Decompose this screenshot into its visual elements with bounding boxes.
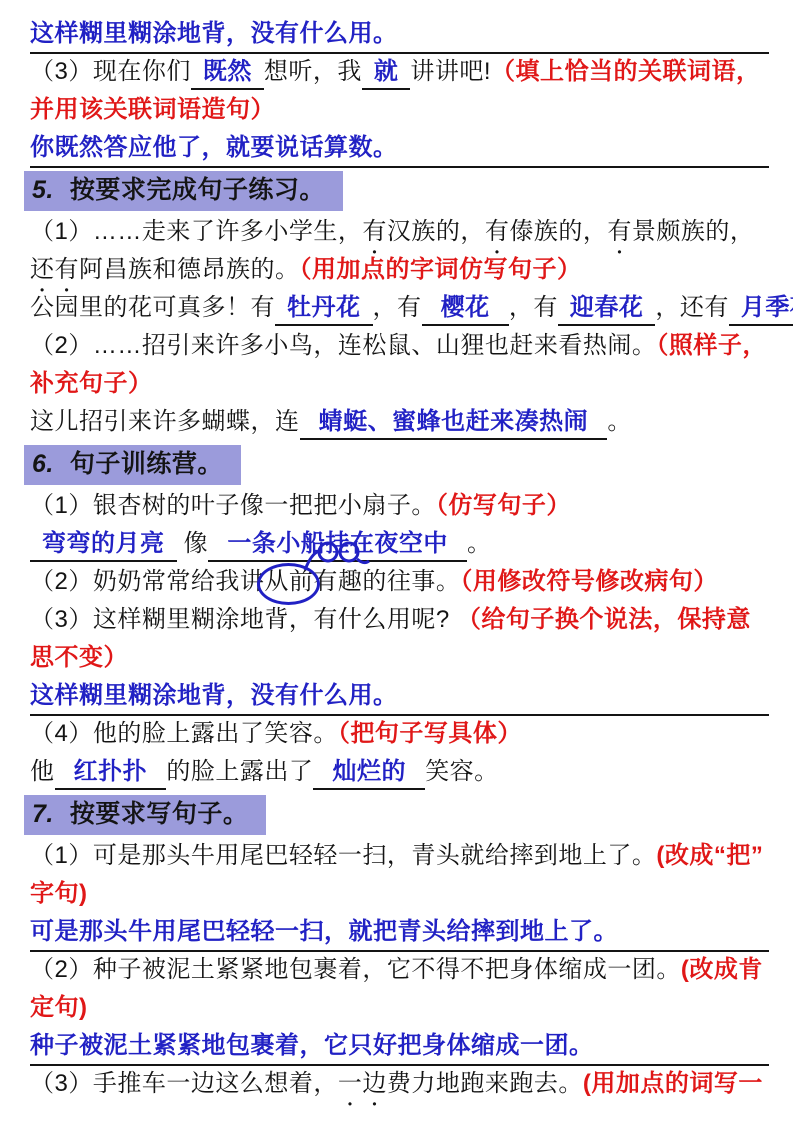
text-line: （2）奶奶常常给我讲从前有趣的往事。（用修改符号修改病句）	[30, 564, 769, 602]
text-line: 弯弯的月亮 像 一条小船挂在夜空中 。	[30, 526, 769, 564]
answer-blank: 弯弯的月亮	[30, 526, 177, 562]
text-line: 补充句子）	[30, 366, 769, 404]
answer-line: 种子被泥土紧紧地包裹着，它只好把身体缩成一团。	[30, 1028, 769, 1066]
answer-line: 这样糊里糊涂地背，没有什么用。	[30, 16, 769, 54]
section-header: 6.句子训练营。	[24, 442, 769, 488]
text-segment: 这样糊里糊涂地背，没有什么用。	[30, 682, 398, 709]
section-title: 句子训练营。	[70, 450, 223, 478]
text-line: 定句)	[30, 990, 769, 1028]
text-segment: 。	[467, 530, 492, 557]
text-segment: 有趣的往事。	[313, 568, 460, 595]
answer-blank: 月季花	[729, 290, 793, 326]
text-segment: ，有	[373, 294, 422, 321]
text-segment: （1）可是那头牛用尾巴轻轻一扫，青头就给摔到地上了。	[30, 842, 656, 869]
section-header: 5.按要求完成句子练习。	[24, 168, 769, 214]
section-number: 6.	[32, 450, 54, 478]
dotted-word: 还有	[30, 256, 79, 283]
answer-blank: 迎春花	[558, 290, 656, 326]
text-segment: （1）银杏树的叶子像一把把小扇子。	[30, 492, 436, 519]
text-segment: ，有	[509, 294, 558, 321]
text-segment: （1）……走来了许多小学生，	[30, 218, 362, 245]
text-line: 思不变）	[30, 640, 769, 678]
answer-line: 可是那头牛用尾巴轻轻一扫，就把青头给摔到地上了。	[30, 914, 769, 952]
section-header-highlight: 6.句子训练营。	[24, 445, 241, 485]
text-line: （1）……走来了许多小学生，有汉族的，有傣族的，有景颇族的，	[30, 214, 769, 252]
text-line: 他 红扑扑 的脸上露出了 灿烂的 笑容。	[30, 754, 769, 792]
answer-blank: 既然	[191, 54, 264, 90]
section-number: 5.	[32, 176, 54, 204]
text-segment: （2）……招引来许多小鸟，连松鼠、山狸也赶来看热闹。	[30, 332, 656, 359]
text-segment: 汉族的，	[387, 218, 485, 245]
text-line: （1）可是那头牛用尾巴轻轻一扫，青头就给摔到地上了。(改成“把”	[30, 838, 769, 876]
text-segment: （仿写句子）	[436, 492, 571, 519]
text-line: 这儿招引来许多蝴蝶，连 蜻蜓、蜜蜂也赶来凑热闹 。	[30, 404, 769, 442]
answer-blank: 蜻蜓、蜜蜂也赶来凑热闹	[300, 404, 608, 440]
text-line: （2）种子被泥土紧紧地包裹着，它不得不把身体缩成一团。(改成肯	[30, 952, 769, 990]
text-segment: （3）手推车一边这么想着，	[30, 1070, 338, 1097]
text-segment: 的脸上露出了	[166, 758, 313, 785]
answer-blank: 就	[362, 54, 411, 90]
text-segment: 阿昌族和德昂族的。	[79, 256, 300, 283]
text-segment: ，还有	[655, 294, 729, 321]
text-line: （3）现在你们既然想听，我就讲讲吧!（填上恰当的关联词语，	[30, 54, 769, 92]
text-segment: （2）种子被泥土紧紧地包裹着，它不得不把身体缩成一团。	[30, 956, 681, 983]
text-segment: 定句)	[30, 994, 88, 1021]
worksheet-content: 这样糊里糊涂地背，没有什么用。（3）现在你们既然想听，我就讲讲吧!（填上恰当的关…	[30, 16, 769, 1104]
section-title: 按要求完成句子练习。	[70, 176, 325, 204]
answer-blank: 灿烂的	[313, 754, 425, 790]
text-segment: 并用该关联词语造句）	[30, 96, 275, 123]
section-title: 按要求写句子。	[70, 800, 249, 828]
answer-line: 你既然答应他了，就要说话算数。	[30, 130, 769, 168]
text-segment: 可是那头牛用尾巴轻轻一扫，就把青头给摔到地上了。	[30, 918, 618, 945]
text-line: 并用该关联词语造句）	[30, 92, 769, 130]
text-segment: （给句子换个说法，保持意	[450, 606, 751, 633]
text-line: （1）银杏树的叶子像一把把小扇子。（仿写句子）	[30, 488, 769, 526]
text-segment: (用加点的词写一	[583, 1070, 763, 1097]
answer-blank: 牡丹花	[275, 290, 373, 326]
text-segment: 补充句子）	[30, 370, 153, 397]
text-segment: （填上恰当的关联词语，	[491, 58, 761, 85]
text-segment: （用修改符号修改病句）	[460, 568, 718, 595]
worksheet-page: 这样糊里糊涂地背，没有什么用。（3）现在你们既然想听，我就讲讲吧!（填上恰当的关…	[0, 0, 793, 1122]
text-line: （3）手推车一边这么想着，一边费力地跑来跑去。(用加点的词写一	[30, 1066, 769, 1104]
text-segment: （用加点的字词仿写句子）	[300, 256, 582, 283]
text-segment: 。	[607, 408, 632, 435]
text-segment: 字句)	[30, 880, 88, 907]
answer-blank: 红扑扑	[55, 754, 167, 790]
text-segment: 笑容。	[425, 758, 499, 785]
text-segment: (改成肯	[681, 956, 763, 983]
text-segment: 景颇族的，	[632, 218, 755, 245]
text-segment: 他	[30, 758, 55, 785]
text-segment: 你既然答应他了，就要说话算数。	[30, 134, 398, 161]
text-line: 还有阿昌族和德昂族的。（用加点的字词仿写句子）	[30, 252, 769, 290]
text-segment: 费力地跑来跑去。	[387, 1070, 583, 1097]
circled-word: 从前	[264, 564, 313, 600]
text-line: （3）这样糊里糊涂地背，有什么用呢? （给句子换个说法，保持意	[30, 602, 769, 640]
dotted-word: 有	[607, 218, 632, 245]
text-line: 字句)	[30, 876, 769, 914]
text-segment: (改成“把”	[656, 842, 763, 869]
text-segment: （3）现在你们	[30, 58, 191, 85]
text-segment: （3）这样糊里糊涂地背，有什么用呢?	[30, 606, 450, 633]
text-segment: 傣族的，	[509, 218, 607, 245]
text-segment: （4）他的脸上露出了笑容。	[30, 720, 338, 747]
text-segment: （把句子写具体）	[338, 720, 522, 747]
text-segment: 讲讲吧!	[410, 58, 491, 85]
answer-line: 这样糊里糊涂地背，没有什么用。	[30, 678, 769, 716]
section-header-highlight: 5.按要求完成句子练习。	[24, 171, 343, 211]
text-line: （2）……招引来许多小鸟，连松鼠、山狸也赶来看热闹。（照样子，	[30, 328, 769, 366]
text-segment: 像	[177, 530, 209, 557]
text-segment: 种子被泥土紧紧地包裹着，它只好把身体缩成一团。	[30, 1032, 594, 1059]
text-segment: 公园里的花可真多！有	[30, 294, 275, 321]
dotted-word: 一边	[338, 1070, 387, 1097]
dotted-word: 有	[362, 218, 387, 245]
text-segment: 思不变）	[30, 644, 128, 671]
text-segment: 想听，我	[264, 58, 362, 85]
section-header-highlight: 7.按要求写句子。	[24, 795, 266, 835]
text-segment: 这样糊里糊涂地背，没有什么用。	[30, 20, 398, 47]
text-segment: （2）奶奶常常给我讲	[30, 568, 264, 595]
dotted-word: 有	[485, 218, 510, 245]
section-number: 7.	[32, 800, 54, 828]
text-line: 公园里的花可真多！有牡丹花，有 樱花 ，有迎春花，还有月季花。	[30, 290, 769, 328]
section-header: 7.按要求写句子。	[24, 792, 769, 838]
text-segment: 这儿招引来许多蝴蝶，连	[30, 408, 300, 435]
answer-blank: 樱花	[422, 290, 509, 326]
text-line: （4）他的脸上露出了笑容。（把句子写具体）	[30, 716, 769, 754]
answer-blank: 一条小船挂在夜空中	[208, 526, 467, 562]
text-segment: （照样子，	[656, 332, 767, 359]
